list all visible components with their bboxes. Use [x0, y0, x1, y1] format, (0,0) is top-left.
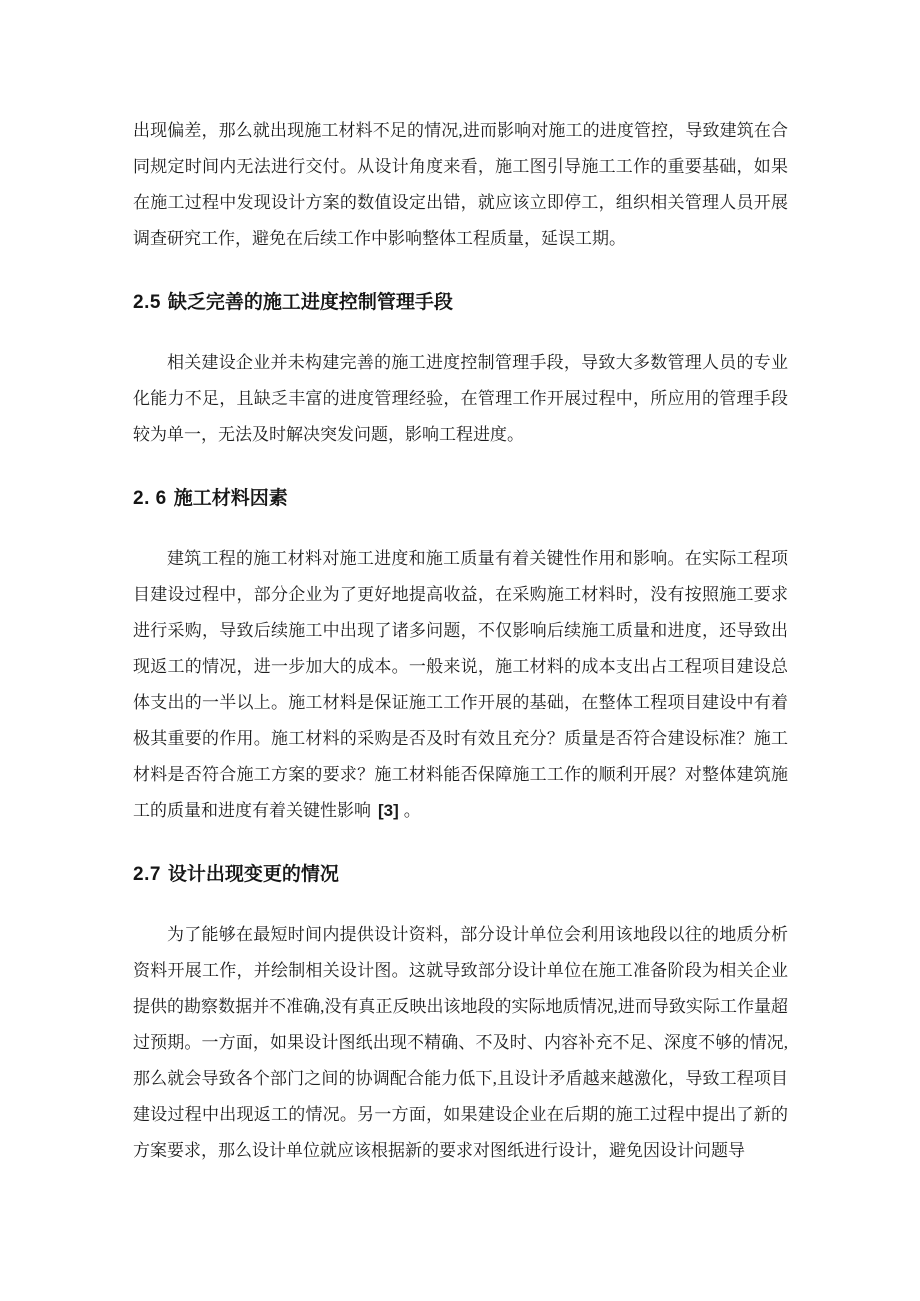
paragraph-continuation: 出现偏差，那么就出现施工材料不足的情况,进而影响对施工的进度管控，导致建筑在合同…: [133, 113, 788, 257]
paragraph-text-before-citation: 建筑工程的施工材料对施工进度和施工质量有着关键性作用和影响。在实际工程项目建设过…: [133, 549, 788, 820]
paragraph-section-2-5: 相关建设企业并未构建完善的施工进度控制管理手段，导致大多数管理人员的专业化能力不…: [133, 345, 788, 453]
heading-number: 2.5: [133, 292, 161, 313]
document-page: 出现偏差，那么就出现施工材料不足的情况,进而影响对施工的进度管控，导致建筑在合同…: [0, 0, 920, 1301]
section-heading-2-7: 2.7设计出现变更的情况: [133, 857, 788, 893]
heading-title: 缺乏完善的施工进度控制管理手段: [168, 292, 453, 313]
paragraph-text-after-citation: 。: [404, 801, 421, 820]
citation-reference-3: [3]: [371, 801, 404, 820]
heading-number: 2.7: [133, 864, 161, 885]
heading-number: 2. 6: [133, 488, 167, 509]
heading-title: 设计出现变更的情况: [168, 864, 339, 885]
heading-title: 施工材料因素: [174, 488, 288, 509]
section-heading-2-6: 2. 6施工材料因素: [133, 481, 788, 517]
section-heading-2-5: 2.5缺乏完善的施工进度控制管理手段: [133, 285, 788, 321]
paragraph-section-2-7: 为了能够在最短时间内提供设计资料，部分设计单位会利用该地段以往的地质分析资料开展…: [133, 917, 788, 1169]
paragraph-section-2-6: 建筑工程的施工材料对施工进度和施工质量有着关键性作用和影响。在实际工程项目建设过…: [133, 541, 788, 829]
